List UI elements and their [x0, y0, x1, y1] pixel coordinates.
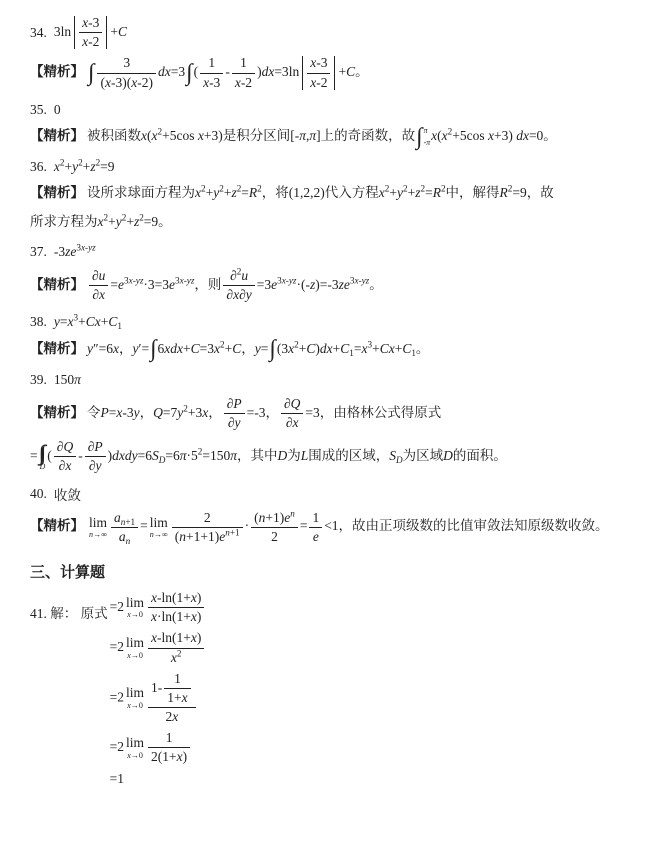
equation-step: =2limx→0x-ln(1+x)x2	[110, 630, 207, 665]
equation-step: =2limx→012(1+x)	[110, 730, 207, 765]
item-40: 40.收敛【精析】limn→∞an+1an=limn→∞2(n+1+1)en+1…	[30, 483, 653, 545]
analysis-math: =∫∫D(∂Q∂x-∂P∂y)dxdy=6SD=6π·52=150π，其中D为L…	[30, 448, 507, 463]
item-34: 34.3lnx-3x-2+C【精析】∫3(x-3)(x-2)dx=3∫(1x-3…	[30, 15, 653, 91]
answer-math: y=x3+Cx+C1	[54, 314, 122, 330]
item-38: 38.y=x3+Cx+C1【精析】y″=6x，y′=∫6xdx+C=3x2+C，…	[30, 311, 653, 360]
equation-step: =2limx→0x-ln(1+x)x·ln(1+x)	[110, 590, 207, 625]
analysis-line: =∫∫D(∂Q∂x-∂P∂y)dxdy=6SD=6π·52=150π，其中D为L…	[30, 439, 653, 474]
item-35: 35.0【精析】被积函数x(x2+5cos x+3)是积分区间[-π,π]上的奇…	[30, 99, 653, 148]
analysis-label: 【精析】	[30, 341, 84, 356]
item-41-number: 41.	[30, 606, 47, 621]
answer-math: -3ze3x-yz	[54, 244, 96, 260]
answer-line: 39.150π	[30, 369, 653, 391]
analysis-label: 【精析】	[30, 64, 84, 79]
solution-document: 34.3lnx-3x-2+C【精析】∫3(x-3)(x-2)dx=3∫(1x-3…	[0, 0, 667, 792]
item-number: 37.	[30, 244, 47, 260]
answer-math: 150π	[54, 372, 81, 388]
analysis-line: 【精析】设所求球面方程为x2+y2+z2=R2，将(1,2,2)代入方程x2+y…	[30, 183, 653, 204]
analysis-math: 所求方程为x2+y2+z2=9。	[30, 214, 172, 229]
analysis-line: 所求方程为x2+y2+z2=9。	[30, 212, 653, 233]
analysis-line: 【精析】limn→∞an+1an=limn→∞2(n+1+1)en+1·(n+1…	[30, 510, 653, 545]
answer-line: 37.-3ze3x-yz	[30, 241, 653, 263]
analysis-math: 令P=x-3y，Q=7y2+3x，∂P∂y=-3，∂Q∂x=3，由格林公式得原式	[87, 405, 441, 420]
answer-line: 34.3lnx-3x-2+C	[30, 15, 653, 50]
item-number: 35.	[30, 102, 47, 118]
analysis-math: ∂u∂x=e3x-yz·3=3e3x-yz，则∂2u∂x∂y=3e3x-yz·(…	[87, 277, 383, 292]
analysis-math: 设所求球面方程为x2+y2+z2=R2，将(1,2,2)代入方程x2+y2+z2…	[87, 185, 554, 200]
analysis-line: 【精析】被积函数x(x2+5cos x+3)是积分区间[-π,π]上的奇函数，故…	[30, 126, 653, 148]
answer-line: 36.x2+y2+z2=9	[30, 156, 653, 178]
answer-math: x2+y2+z2=9	[54, 159, 115, 175]
answer-line: 40.收敛	[30, 483, 653, 505]
analysis-math: y″=6x，y′=∫6xdx+C=3x2+C，y=∫(3x2+C)dx+C1=x…	[87, 341, 429, 356]
equation-step: =1	[110, 771, 207, 787]
item-number: 36.	[30, 159, 47, 175]
analysis-line: 【精析】y″=6x，y′=∫6xdx+C=3x2+C，y=∫(3x2+C)dx+…	[30, 338, 653, 360]
analysis-label: 【精析】	[30, 128, 84, 143]
item-37: 37.-3ze3x-yz【精析】∂u∂x=e3x-yz·3=3e3x-yz，则∂…	[30, 241, 653, 303]
section-header: 三、计算题	[30, 561, 653, 582]
analysis-label: 【精析】	[30, 185, 84, 200]
item-41: 41. 解： 原式 =2limx→0x-ln(1+x)x·ln(1+x)=2li…	[30, 590, 653, 792]
item-41-label: 41. 解： 原式	[30, 602, 108, 622]
item-number: 34.	[30, 25, 47, 41]
item-number: 39.	[30, 372, 47, 388]
item-36: 36.x2+y2+z2=9【精析】设所求球面方程为x2+y2+z2=R2，将(1…	[30, 156, 653, 233]
item-41-prefix: 解： 原式	[50, 606, 107, 621]
answer-math: 0	[54, 102, 61, 118]
analysis-label: 【精析】	[30, 405, 84, 420]
answer-math: 3lnx-3x-2+C	[54, 15, 127, 50]
equation-step: =2limx→01-11+x2x	[110, 671, 207, 726]
answer-math: 收敛	[54, 484, 81, 504]
analysis-line: 【精析】∫3(x-3)(x-2)dx=3∫(1x-3-1x-2)dx=3lnx-…	[30, 55, 653, 90]
item-number: 40.	[30, 486, 47, 502]
item-41-steps: =2limx→0x-ln(1+x)x·ln(1+x)=2limx→0x-ln(1…	[110, 590, 207, 792]
item-number: 38.	[30, 314, 47, 330]
analysis-math: ∫3(x-3)(x-2)dx=3∫(1x-3-1x-2)dx=3lnx-3x-2…	[87, 64, 369, 79]
analysis-label: 【精析】	[30, 277, 84, 292]
analysis-math: 被积函数x(x2+5cos x+3)是积分区间[-π,π]上的奇函数，故∫π-π…	[87, 128, 557, 143]
item-39: 39.150π【精析】令P=x-3y，Q=7y2+3x，∂P∂y=-3，∂Q∂x…	[30, 369, 653, 475]
analysis-line: 【精析】∂u∂x=e3x-yz·3=3e3x-yz，则∂2u∂x∂y=3e3x-…	[30, 268, 653, 303]
answer-line: 38.y=x3+Cx+C1	[30, 311, 653, 333]
analysis-math: limn→∞an+1an=limn→∞2(n+1+1)en+1·(n+1)en2…	[87, 518, 609, 533]
answer-line: 35.0	[30, 99, 653, 121]
items-container: 34.3lnx-3x-2+C【精析】∫3(x-3)(x-2)dx=3∫(1x-3…	[30, 15, 653, 545]
analysis-label: 【精析】	[30, 518, 84, 533]
analysis-line: 【精析】令P=x-3y，Q=7y2+3x，∂P∂y=-3，∂Q∂x=3，由格林公…	[30, 396, 653, 431]
